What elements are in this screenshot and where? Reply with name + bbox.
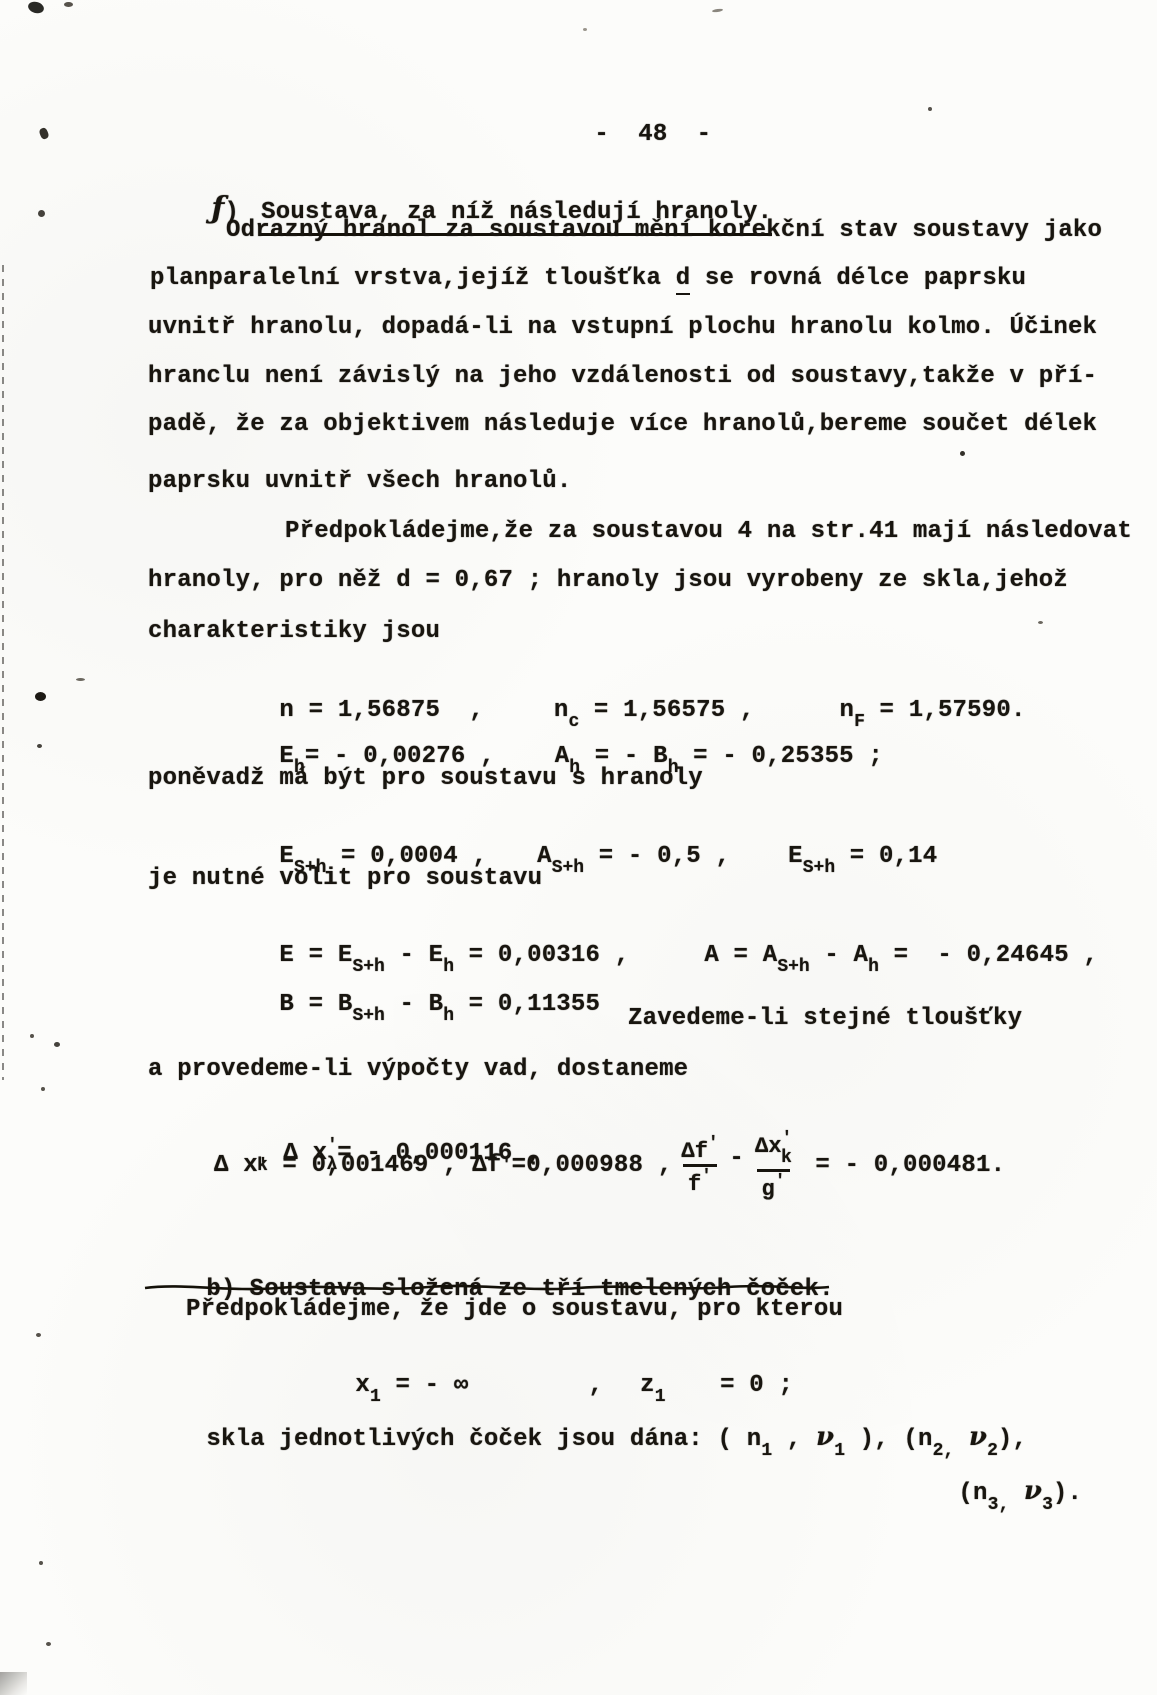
text-segment: =0,000988 , (512, 1151, 673, 1181)
ink-speck (38, 127, 49, 140)
paragraph-line: hranclu není závislý na jeho vzdálenosti… (148, 362, 1097, 392)
ink-speck (36, 1333, 41, 1337)
ink-speck (38, 210, 45, 217)
subscript: 1 (834, 1441, 845, 1461)
ink-speck (54, 1042, 60, 1047)
text-segment: se rovná délce paprsku (690, 265, 1026, 292)
ink-speck (37, 744, 42, 748)
text-segment: hranclu není závislý na jeho vzdálenosti… (148, 363, 1097, 390)
subscript: 3, (988, 1495, 1010, 1515)
text-segment: (n (958, 1480, 987, 1507)
text-segment: paprsku uvnitř všech hranolů. (148, 468, 571, 495)
text-segment: Δf (681, 1139, 708, 1164)
ink-speck (30, 1034, 34, 1038)
subscript: 1 (761, 1441, 772, 1461)
subscript: h (868, 957, 879, 977)
paragraph-line: padě, že za objektivem následuje více hr… (148, 410, 1097, 440)
text-segment: = 0,001469 , Δf (268, 1151, 502, 1181)
prime-mark: ′ (708, 1134, 718, 1153)
subscript: k (781, 1148, 792, 1168)
paragraph-line: skla jednotlivých čoček jsou dána: ( n1 … (148, 1392, 1027, 1496)
subscript: h (443, 1006, 454, 1026)
symbol-delta-x: Δ x (214, 1151, 258, 1181)
text-segment: = - 0,5 , (584, 843, 730, 870)
ink-speck (712, 8, 723, 13)
hand-drawn-underline (143, 1281, 833, 1295)
paragraph-line: Předpokládejme,že za soustavou 4 na str.… (285, 517, 1132, 547)
text-segment: = 0,11355 (454, 991, 600, 1018)
ink-speck (583, 28, 587, 31)
ink-speck (35, 692, 46, 701)
paragraph-line: (n3, ν3). (900, 1446, 1082, 1550)
fraction: Δx′k g′ (752, 1130, 795, 1202)
section-f-label: ƒ (211, 191, 224, 226)
text-segment: je nutné volit pro soustavu (148, 865, 542, 892)
fraction-denominator: f′ (683, 1164, 717, 1197)
text-segment: = 1,57590. (865, 697, 1026, 724)
paragraph-line: planparalelní vrstva,jejíž tloušťka d se… (150, 264, 1026, 294)
paragraph-line: uvnitř hranolu, dopadá-li na vstupní plo… (148, 313, 1097, 343)
text-segment: poněvadž má být pro soustavu s hranoly (148, 765, 703, 792)
text-segment: - B (385, 991, 443, 1018)
ink-speck (41, 1087, 45, 1091)
text-segment: = - 0,25355 ; (679, 743, 883, 770)
ink-speck (64, 2, 73, 7)
paragraph-line: je nutné volit pro soustavu (148, 864, 542, 894)
text-segment: planparalelní vrstva,jejíž tloušťka (150, 265, 676, 292)
fraction-denominator: g′ (757, 1169, 791, 1202)
ink-speck (928, 107, 932, 111)
minus-sign: - (729, 1144, 744, 1174)
equation-B: B = BS+h - Bh = 0,11355 (221, 960, 600, 1061)
text-segment: charakteristiky jsou (148, 618, 440, 645)
prime-mark: ′ (701, 1167, 711, 1186)
page-number-text: - 48 - (594, 121, 711, 148)
subscript: S+h (552, 858, 584, 878)
symbol-nu: ν (816, 1422, 834, 1452)
text-segment: , (772, 1426, 816, 1453)
ink-speck (39, 1561, 43, 1565)
paragraph-line: Předpokládejme, že jde o soustavu, pro k… (186, 1295, 843, 1325)
text-segment: padě, že za objektivem následuje více hr… (148, 411, 1097, 438)
text-segment: A = A (704, 942, 777, 969)
scan-smudge (0, 1672, 27, 1695)
text-segment: ). (1053, 1480, 1082, 1507)
paragraph-line: charakteristiky jsou (148, 617, 440, 647)
text-segment: hranoly, pro něž d = 0,67 ; hranoly jsou… (148, 567, 1068, 594)
prime-mark: ′ (501, 1151, 511, 1181)
paragraph-line: a provedeme-li výpočty vad, dostaneme (148, 1055, 688, 1085)
ink-speck (46, 1642, 51, 1646)
paragraph-line: Zavedeme-li stejné tloušťky (628, 1004, 1022, 1034)
paragraph-line: paprsku uvnitř všech hranolů. (148, 467, 571, 497)
paragraph-line: poněvadž má být pro soustavu s hranoly (148, 764, 703, 794)
equation-dx2: Δ x′k = 0,001469 , Δf′=0,000988 , Δf′ f′… (214, 1134, 1005, 1198)
text-segment: Předpokládejme, že jde o soustavu, pro k… (186, 1296, 843, 1323)
text-segment: Odrazný hranol za soustavou mění korekčn… (226, 217, 1102, 244)
section-f-heading: ƒ)Soustava, za níž následují hranoly. (153, 164, 772, 266)
subscript: S+h (777, 957, 809, 977)
ink-speck (960, 451, 965, 456)
text-segment: a provedeme-li výpočty vad, dostaneme (148, 1056, 688, 1083)
subscript: 3 (1042, 1495, 1053, 1515)
subscript: k (257, 1151, 268, 1181)
ink-speck (27, 0, 45, 15)
text-segment: uvnitř hranolu, dopadá-li na vstupní plo… (148, 314, 1097, 341)
subscript: S+h (803, 858, 835, 878)
symbol-E: E (788, 843, 803, 870)
text-segment (1009, 1480, 1024, 1507)
equation-Eh: Eh= - 0,00276 ,Ah = - Bh = - 0,25355 ; (221, 712, 883, 813)
text-segment: = - 0,000481. (801, 1151, 1005, 1181)
equation-Ssh: ES+h = 0,0004 ,AS+h = - 0,5 ,ES+h = 0,14 (221, 812, 937, 913)
ink-speck (1038, 621, 1043, 624)
text-segment: = - 0,24645 , (879, 942, 1098, 969)
prime-mark: ′ (775, 1172, 785, 1191)
fraction-numerator: Δx′k (752, 1130, 795, 1169)
text-segment: B = B (279, 991, 352, 1018)
text-segment: - A (810, 942, 868, 969)
underlined-d: d (676, 265, 691, 295)
fraction: Δf′ f′ (678, 1135, 721, 1197)
fraction-numerator: Δf′ (678, 1135, 721, 1164)
ink-speck (76, 678, 85, 681)
text-segment: Předpokládejme,že za soustavou 4 na str.… (285, 518, 1132, 545)
prime-mark: ′ (782, 1129, 792, 1148)
text-segment: skla jednotlivých čoček jsou dána: ( n (206, 1426, 761, 1453)
text-segment: g (762, 1177, 775, 1202)
subscript: S+h (352, 1006, 384, 1026)
scanned-page: - 48 - ƒ)Soustava, za níž následují hran… (0, 0, 1157, 1695)
text-segment: Δx (755, 1134, 782, 1159)
scan-edge-line (2, 265, 4, 1080)
paragraph-line: Odrazný hranol za soustavou mění korekčn… (226, 216, 1102, 246)
text-segment: Zavedeme-li stejné tloušťky (628, 1005, 1022, 1032)
text-segment: = 0,14 (835, 843, 937, 870)
paragraph-line: hranoly, pro něž d = 0,67 ; hranoly jsou… (148, 566, 1068, 596)
symbol-nu: ν (1024, 1476, 1042, 1506)
text-segment: f (688, 1172, 701, 1197)
